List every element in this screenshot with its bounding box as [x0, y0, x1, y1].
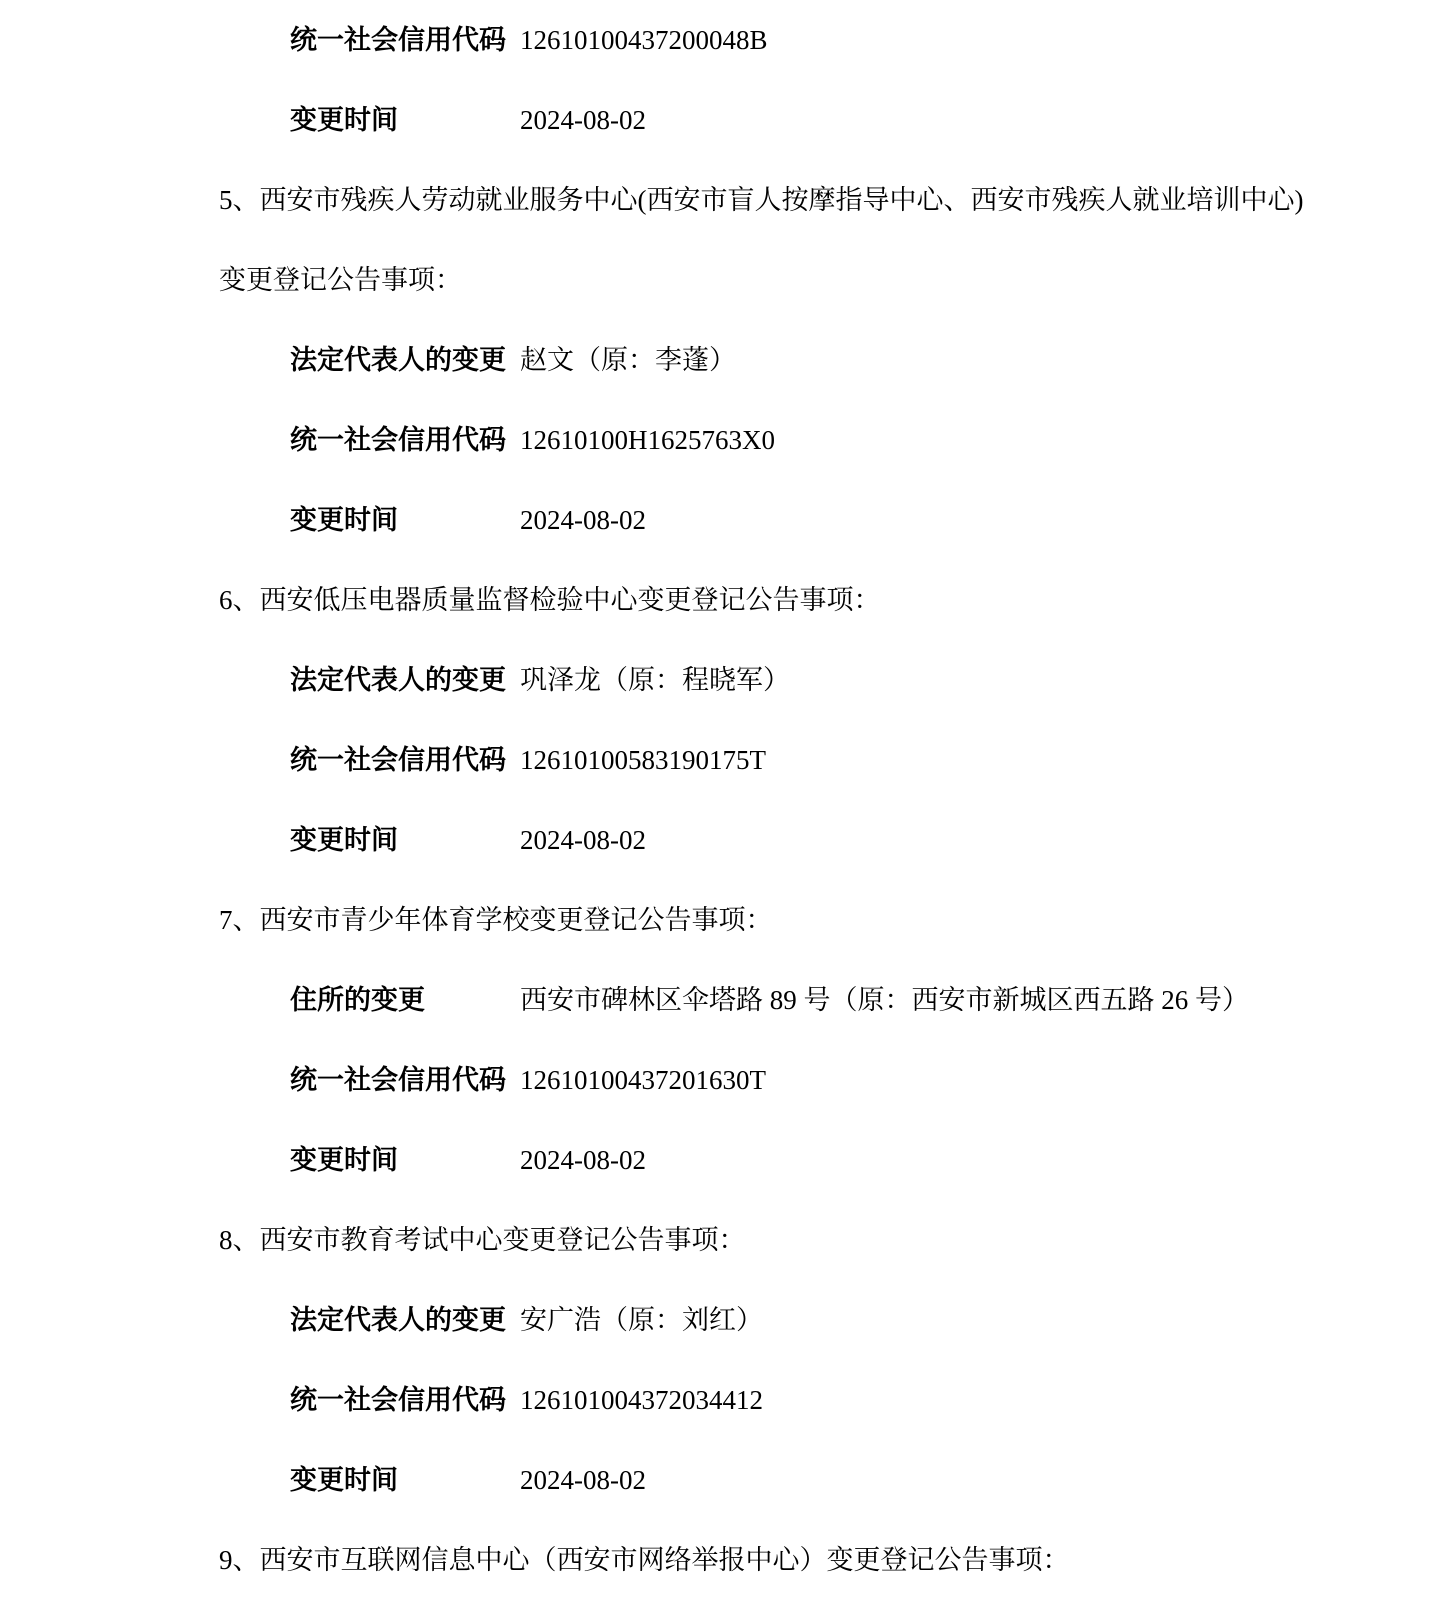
field-value: 2024-08-02 — [520, 480, 646, 560]
field-row: 统一社会信用代码 126101004372034412 — [0, 1360, 1453, 1440]
field-label: 变更时间 — [290, 80, 520, 160]
field-label: 住所的变更 — [290, 960, 520, 1040]
field-row: 统一社会信用代码 12610100437201630T — [0, 1040, 1453, 1120]
field-value: 12610100H1625763X0 — [520, 400, 775, 480]
section-heading: 9、西安市互联网信息中心（西安市网络举报中心）变更登记公告事项： — [0, 1520, 1453, 1600]
field-label: 法定代表人的变更 — [290, 1280, 520, 1360]
field-value: 2024-08-02 — [520, 1440, 646, 1520]
field-value: 安广浩（原：刘红） — [520, 1280, 763, 1360]
field-value: 西安市碑林区伞塔路 89 号（原：西安市新城区西五路 26 号） — [520, 960, 1249, 1040]
field-value: 2024-08-02 — [520, 800, 646, 880]
field-row: 变更时间 2024-08-02 — [0, 1440, 1453, 1520]
field-label: 变更时间 — [290, 1120, 520, 1200]
field-row: 统一社会信用代码 12610100H1625763X0 — [0, 400, 1453, 480]
document-page: 统一社会信用代码 12610100437200048B 变更时间 2024-08… — [0, 0, 1453, 1600]
field-label: 统一社会信用代码 — [290, 1360, 520, 1440]
field-row: 统一社会信用代码 12610100583190175T — [0, 720, 1453, 800]
field-label: 法定代表人的变更 — [290, 320, 520, 400]
field-row: 变更时间 2024-08-02 — [0, 1120, 1453, 1200]
section-heading: 8、西安市教育考试中心变更登记公告事项： — [0, 1200, 1453, 1280]
field-row: 统一社会信用代码 12610100437200048B — [0, 0, 1453, 80]
field-label: 统一社会信用代码 — [290, 720, 520, 800]
field-label: 变更时间 — [290, 800, 520, 880]
field-value: 2024-08-02 — [520, 80, 646, 160]
field-value: 巩泽龙（原：程晓军） — [520, 640, 790, 720]
field-label: 法定代表人的变更 — [290, 640, 520, 720]
section-heading: 7、西安市青少年体育学校变更登记公告事项： — [0, 880, 1453, 960]
field-value: 赵文（原：李蓬） — [520, 320, 736, 400]
section-heading: 5、西安市残疾人劳动就业服务中心(西安市盲人按摩指导中心、西安市残疾人就业培训中… — [0, 160, 1453, 240]
field-label: 统一社会信用代码 — [290, 1040, 520, 1120]
field-value: 2024-08-02 — [520, 1120, 646, 1200]
section-heading: 6、西安低压电器质量监督检验中心变更登记公告事项： — [0, 560, 1453, 640]
field-label: 统一社会信用代码 — [290, 0, 520, 80]
field-row: 法定代表人的变更 赵文（原：李蓬） — [0, 320, 1453, 400]
field-row: 住所的变更 西安市碑林区伞塔路 89 号（原：西安市新城区西五路 26 号） — [0, 960, 1453, 1040]
field-label: 变更时间 — [290, 1440, 520, 1520]
field-value: 126101004372034412 — [520, 1360, 763, 1440]
field-label: 统一社会信用代码 — [290, 400, 520, 480]
field-value: 12610100437201630T — [520, 1040, 766, 1120]
section-heading-continued: 变更登记公告事项： — [0, 240, 1453, 320]
field-row: 法定代表人的变更 巩泽龙（原：程晓军） — [0, 640, 1453, 720]
field-row: 法定代表人的变更 安广浩（原：刘红） — [0, 1280, 1453, 1360]
field-value: 12610100583190175T — [520, 720, 766, 800]
field-row: 变更时间 2024-08-02 — [0, 80, 1453, 160]
field-row: 变更时间 2024-08-02 — [0, 800, 1453, 880]
field-label: 变更时间 — [290, 480, 520, 560]
field-value: 12610100437200048B — [520, 0, 768, 80]
field-row: 变更时间 2024-08-02 — [0, 480, 1453, 560]
